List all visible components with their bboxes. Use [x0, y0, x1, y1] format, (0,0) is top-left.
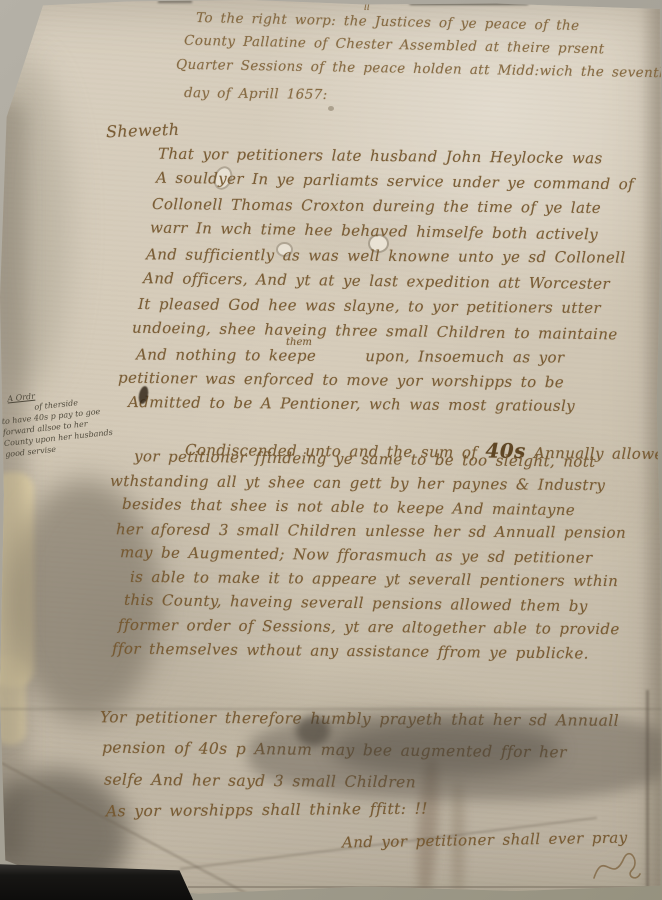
body-line: That yor petitioners late husband John H…: [158, 145, 603, 168]
interline-insertion-them: them: [286, 337, 312, 350]
heading-insertion: ll: [364, 3, 370, 14]
body-line: petitioner was enforced to move yor wors…: [118, 369, 564, 392]
sheweth-label: Sheweth: [106, 120, 180, 143]
body-line: A souldyer In ye parliamts service under…: [156, 169, 634, 194]
pen-flourish-icon: [586, 840, 646, 890]
closing-line: And yor petitioner shall ever pray: [342, 829, 628, 853]
body-line: warr In wch time hee behaved himselfe bo…: [150, 218, 598, 244]
petition-paper: To the right worp: the Justices of ye pe…: [0, 0, 662, 900]
manuscript-photo: To the right worp: the Justices of ye pe…: [0, 0, 662, 900]
body-line: her aforesd 3 small Children unlesse her…: [116, 520, 626, 542]
body-line: besides that shee is not able to keepe A…: [122, 495, 575, 520]
body-line: Admitted to be A Pentioner, wch was most…: [128, 393, 575, 416]
heading-line-3: Quarter Sessions of the peace holden att…: [176, 57, 662, 82]
body-line: And officers, And yt at ye last expediti…: [143, 269, 610, 293]
body-line: fformer order of Sessions, yt are altoge…: [118, 616, 620, 639]
body-line: wthstanding all yt shee can gett by her …: [110, 472, 605, 495]
body-line: And nothing to keepe upon, Insoemuch as …: [136, 346, 565, 368]
stain-left-edge-band: [0, 100, 26, 860]
body-line: may be Augmented; Now fforasmuch as ye s…: [120, 543, 593, 568]
body-line: this County, haveing severall pensions a…: [124, 591, 588, 616]
body-line: Collonell Thomas Croxton dureing the tim…: [152, 195, 601, 218]
body-line: ffor themselves wthout any assistance ff…: [112, 640, 589, 664]
body-line: is able to make it to appeare yt several…: [130, 568, 618, 591]
heading-line-2: County Pallatine of Chester Assembled at…: [184, 33, 605, 59]
prayer-line: As yor worshipps shall thinke ffitt: !!: [106, 800, 428, 822]
body-line: And sufficiently as was well knowne unto…: [146, 245, 626, 267]
prayer-line: selfe And her sayd 3 small Children: [104, 771, 416, 793]
prayer-line: Yor petitioner therefore humbly prayeth …: [100, 708, 619, 731]
crease-vertical-right: [646, 690, 649, 900]
body-line: It pleased God hee was slayne, to yor pe…: [138, 295, 601, 318]
paper-speck: [328, 106, 334, 111]
prayer-line: pension of 40s p Annum may bee augmented…: [102, 739, 567, 763]
stain-bottom-streak-1: [414, 755, 442, 900]
body-line: undoeing, shee haveing three small Child…: [132, 319, 618, 345]
heading-line-4: day of Aprill 1657:: [184, 85, 328, 104]
heading-line-1: To the right worp: the Justices of ye pe…: [196, 10, 580, 35]
margin-clerk-note: A Ordr of therside to have 40s p pay to …: [0, 382, 123, 460]
